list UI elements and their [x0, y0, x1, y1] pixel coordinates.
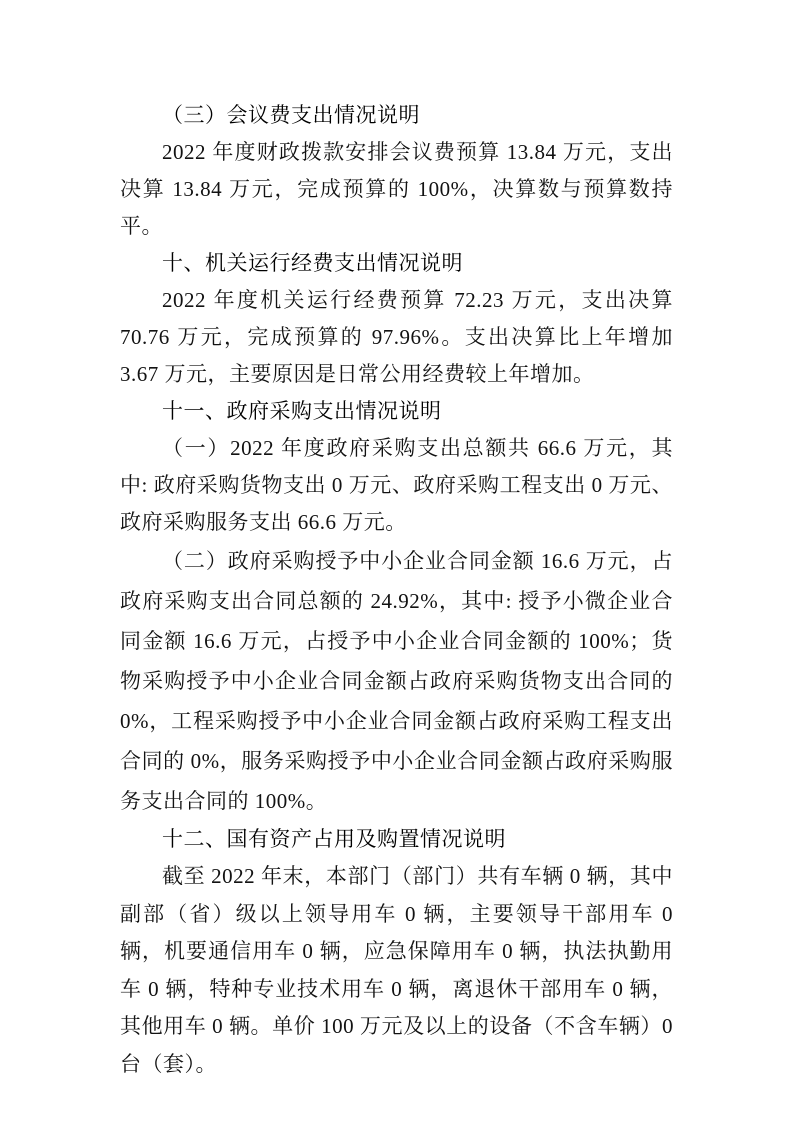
- section-heading-state-assets: 十二、国有资产占用及购置情况说明: [120, 821, 673, 858]
- paragraph-gov-procurement-total: （一）2022 年度政府采购支出总额共 66.6 万元，其中: 政府采购货物支出…: [120, 430, 673, 541]
- section-heading-gov-procurement: 十一、政府采购支出情况说明: [120, 393, 673, 430]
- section-heading-operating-funds: 十、机关运行经费支出情况说明: [120, 245, 673, 282]
- document-content: （三）会议费支出情况说明2022 年度财政拨款安排会议费预算 13.84 万元，…: [120, 97, 673, 1083]
- paragraph-operating-funds: 2022 年度机关运行经费预算 72.23 万元，支出决算 70.76 万元，完…: [120, 282, 673, 393]
- paragraph-state-assets: 截至 2022 年末，本部门（部门）共有车辆 0 辆，其中副部（省）级以上领导用…: [120, 858, 673, 1083]
- paragraph-gov-procurement-sme: （二）政府采购授予中小企业合同金额 16.6 万元，占政府采购支出合同总额的 2…: [120, 541, 673, 821]
- section-heading-meeting-fee: （三）会议费支出情况说明: [120, 97, 673, 134]
- document-page: （三）会议费支出情况说明2022 年度财政拨款安排会议费预算 13.84 万元，…: [0, 0, 793, 1122]
- paragraph-meeting-fee: 2022 年度财政拨款安排会议费预算 13.84 万元，支出决算 13.84 万…: [120, 134, 673, 245]
